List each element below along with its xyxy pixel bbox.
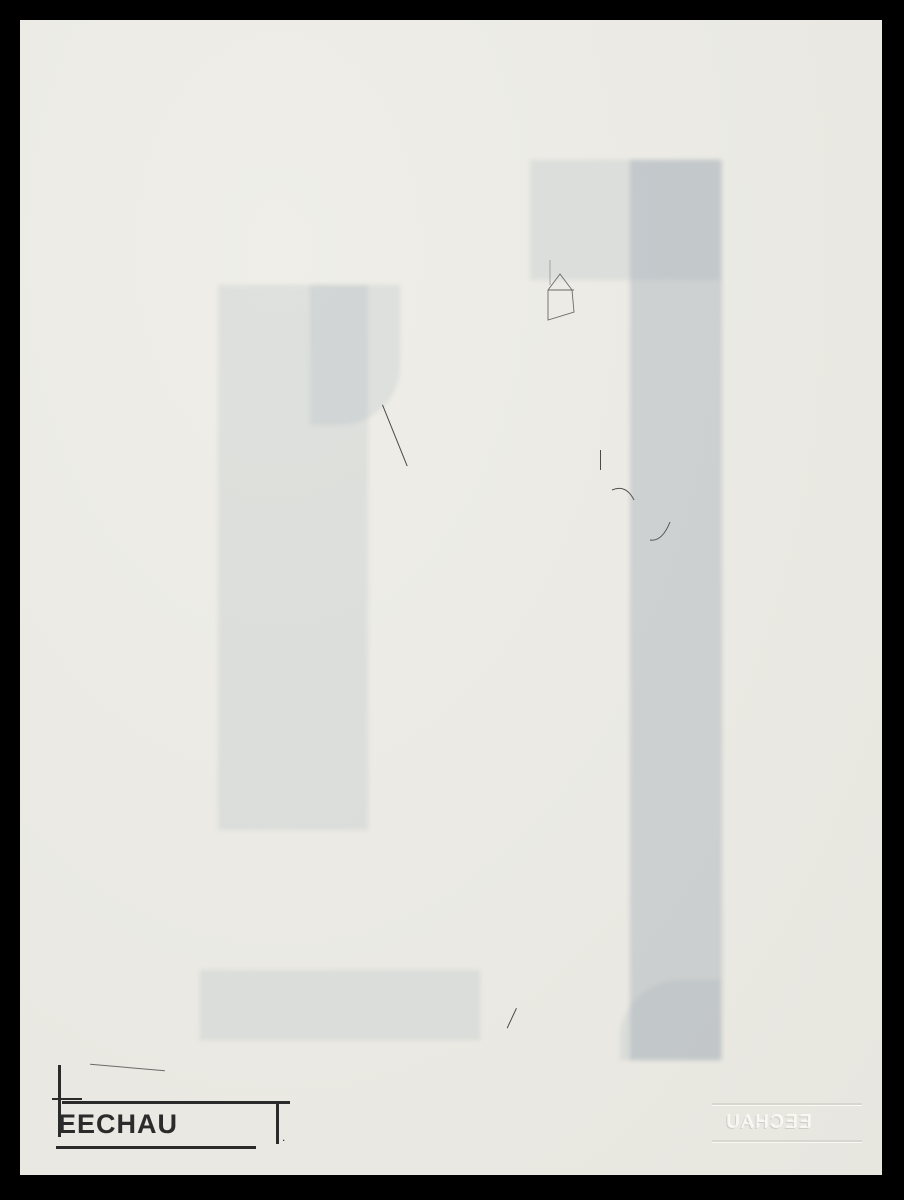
blind-emboss-stamp: EECHAU	[712, 1100, 872, 1144]
ghost-right-wall	[630, 160, 722, 1060]
photo-back-paper	[20, 20, 882, 1175]
ghost-left-arch	[310, 285, 400, 425]
pencil-sketch-curve-icon	[610, 480, 680, 550]
stamp-stray-line	[90, 1064, 165, 1072]
pencil-sketch-house-icon	[530, 260, 590, 340]
emboss-bottom-line	[712, 1140, 862, 1142]
emboss-top-line	[712, 1103, 862, 1105]
pencil-stroke	[507, 1008, 517, 1028]
emboss-text: EECHAU	[724, 1112, 811, 1133]
stamp-bottom-bar	[56, 1146, 256, 1149]
photographer-stamp: EECHAU .	[50, 1050, 300, 1150]
stamp-text: EECHAU	[58, 1109, 178, 1140]
pencil-stroke	[382, 405, 408, 467]
ghost-bottom-step	[200, 970, 480, 1040]
stamp-dot: .	[282, 1130, 285, 1144]
pencil-stroke	[600, 450, 601, 470]
stamp-left-tick	[52, 1098, 82, 1100]
stamp-top-bar	[62, 1101, 290, 1104]
stamp-right-vertical	[276, 1102, 279, 1144]
